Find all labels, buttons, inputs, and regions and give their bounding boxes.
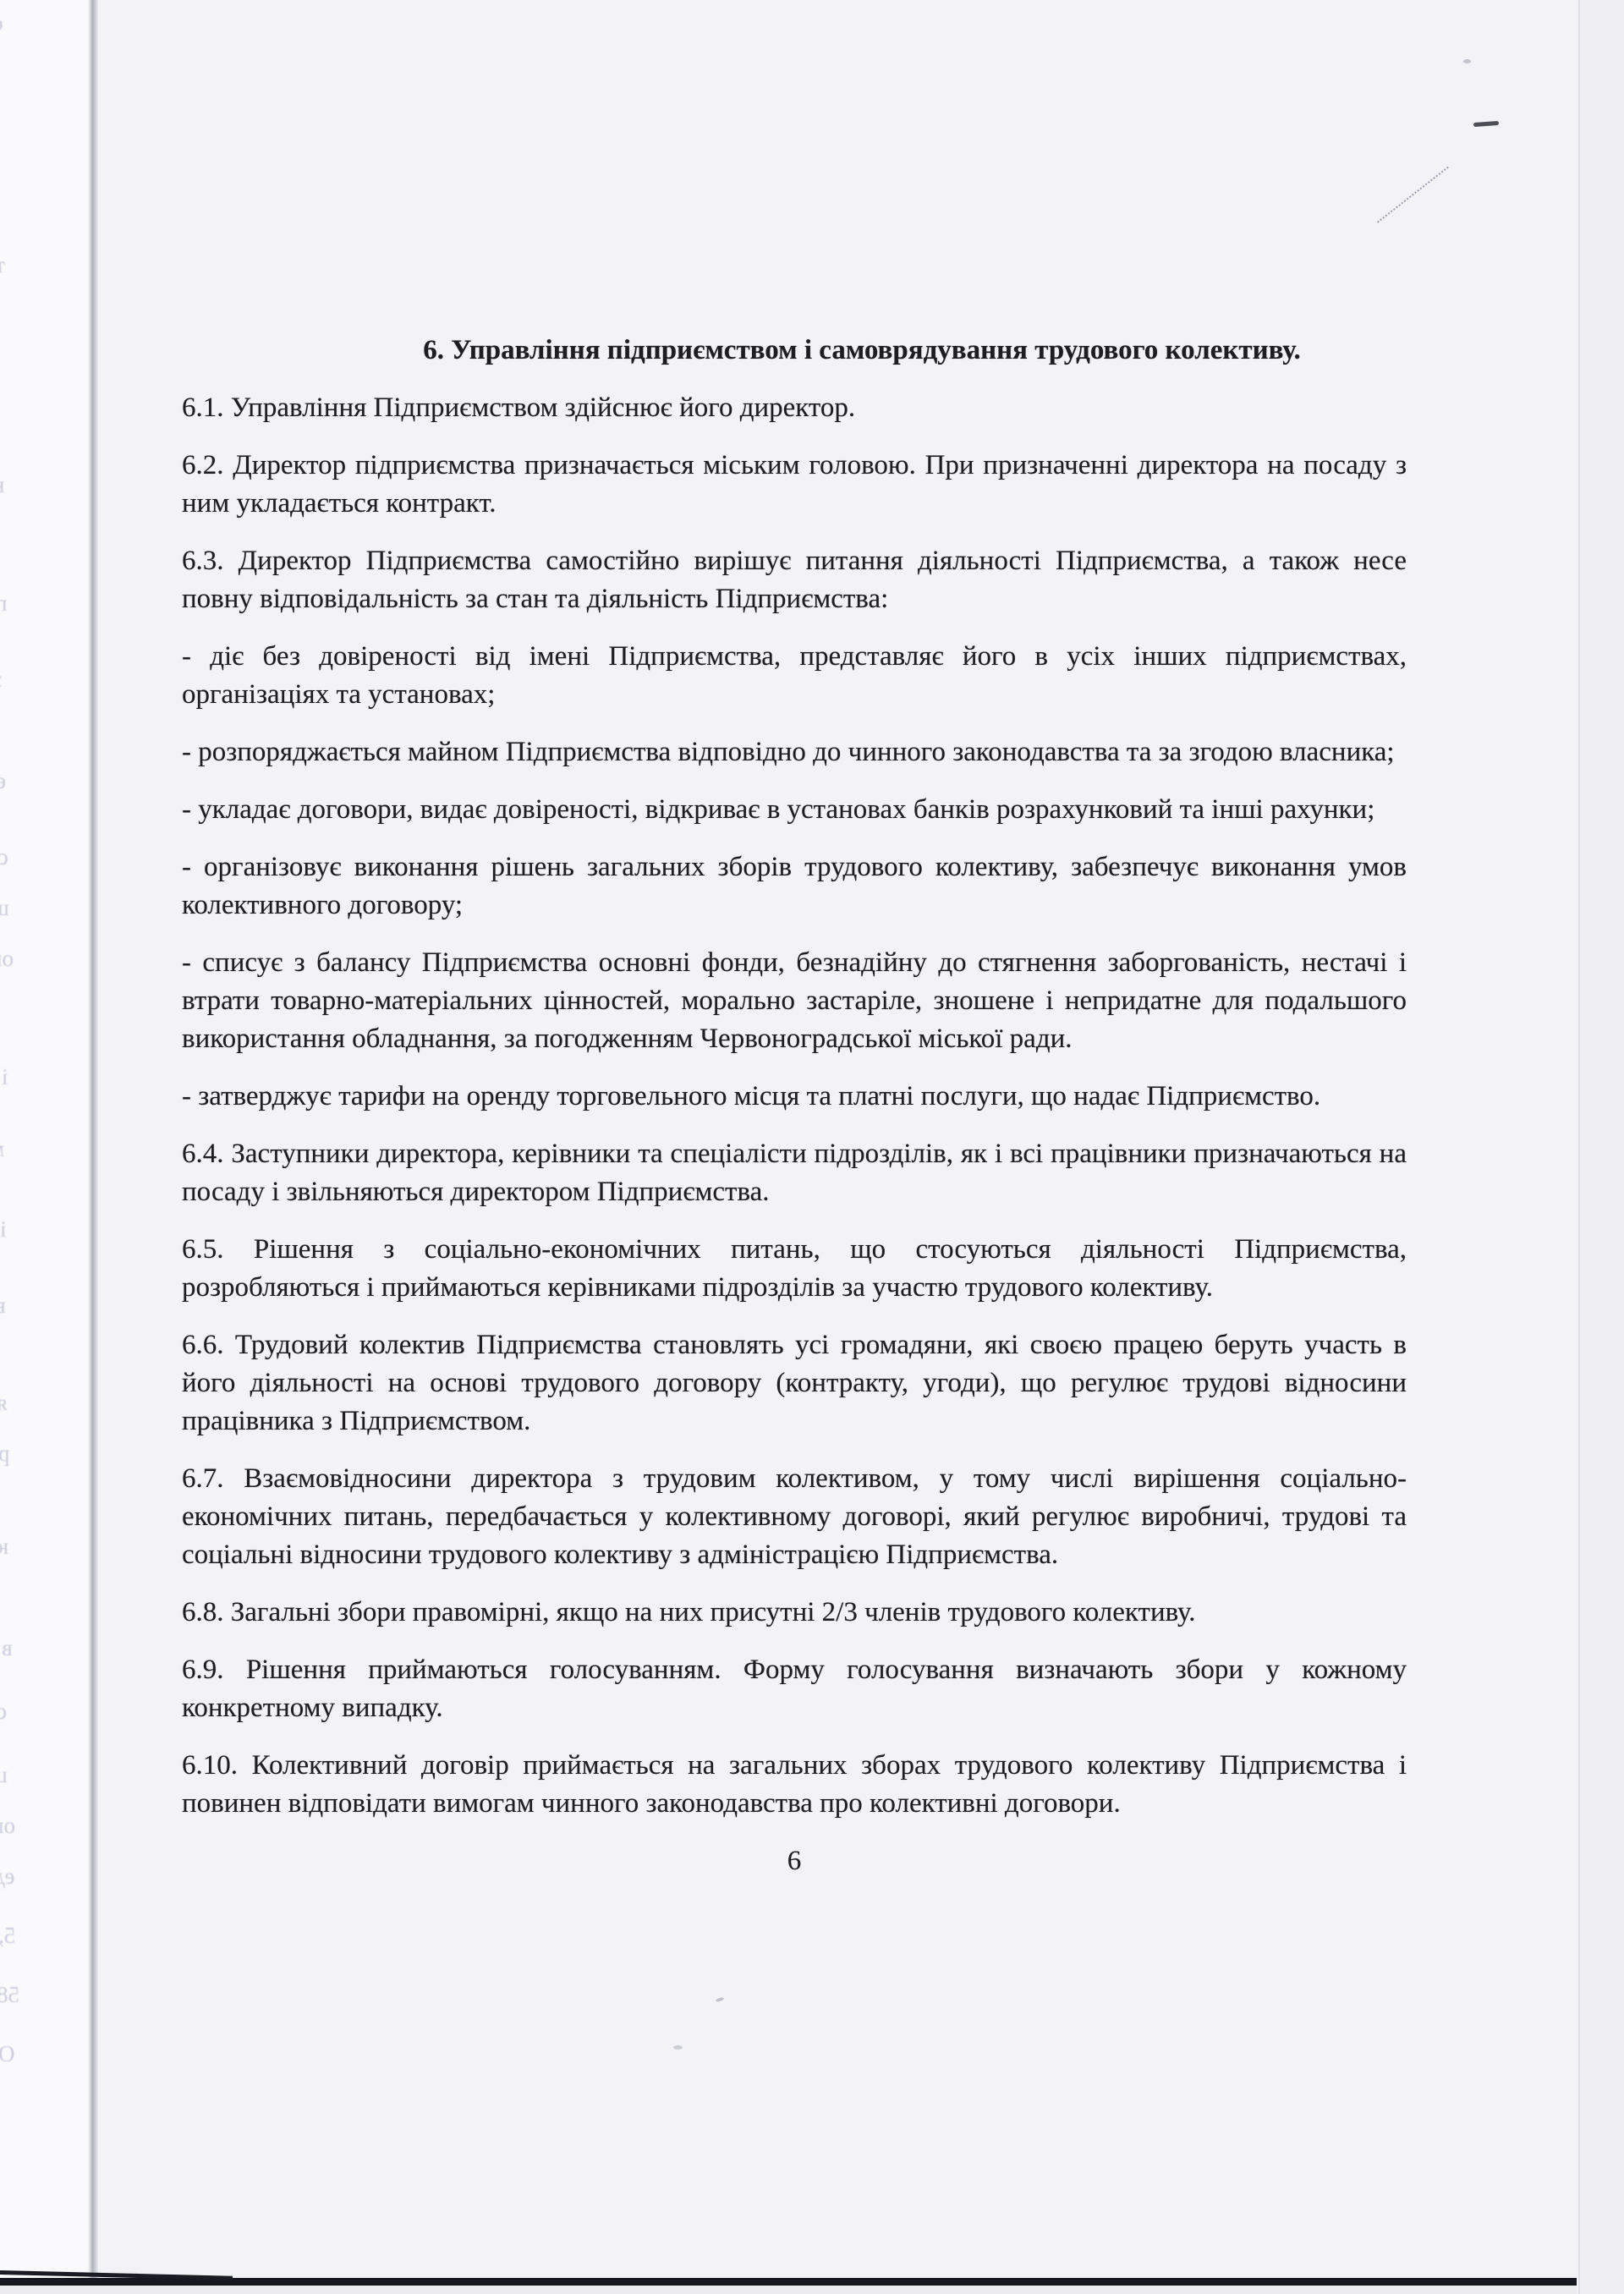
bullet-point-3: - укладає договори, видає довіреності, в…	[182, 791, 1407, 829]
margin-bleed-mark: т	[0, 254, 5, 277]
scanned-document-page: єтьпзестшопімівярювсшопед5,58О 6. Управл…	[0, 0, 1624, 2294]
margin-bleed-mark: ю	[0, 1535, 8, 1558]
paragraph-6-9: 6.9. Рішення приймаються голосуванням. Ф…	[182, 1651, 1407, 1727]
margin-bleed-mark: ш	[0, 1764, 8, 1786]
right-page-edge-strip	[1578, 0, 1624, 2294]
paragraph-6-2: 6.2. Директор підприємства призначається…	[182, 447, 1407, 523]
scan-artifact-speck	[716, 1997, 725, 2003]
bullet-point-2: - розпоряджається майном Підприємства ві…	[182, 733, 1407, 771]
margin-bleed-mark: є	[0, 12, 3, 35]
document-body: 6. Управління підприємством і самоврядув…	[182, 332, 1407, 1900]
margin-bleed-mark: р	[0, 1442, 10, 1465]
margin-bleed-mark: ед	[0, 1865, 14, 1888]
paragraph-6-7: 6.7. Взаємовідносини директора з трудови…	[182, 1460, 1407, 1574]
margin-bleed-mark: оп	[0, 947, 14, 970]
bullet-point-1: - діє без довіреності від імені Підприєм…	[182, 638, 1407, 714]
bullet-point-6: - затверджує тарифи на оренду торговельн…	[182, 1078, 1407, 1116]
scan-artifact-scratch	[1377, 167, 1449, 223]
paragraph-6-10: 6.10. Колективний договір приймається на…	[182, 1747, 1407, 1823]
paragraph-6-6: 6.6. Трудовий колектив Підприємства стан…	[182, 1326, 1407, 1441]
margin-bleed-mark: і	[0, 1218, 7, 1241]
paragraph-6-5: 6.5. Рішення з соціально-економічних пит…	[182, 1231, 1407, 1307]
margin-bleed-mark: в	[0, 1294, 6, 1317]
scan-artifact-speck	[1463, 59, 1471, 63]
page-edge-shadow	[88, 0, 98, 2294]
scan-artifact-speck	[673, 2045, 683, 2050]
bullet-point-4: - організовує виконання рішень загальних…	[182, 848, 1407, 925]
scan-artifact-dash	[1473, 121, 1499, 127]
margin-bleed-mark: е	[0, 770, 6, 793]
margin-bleed-mark: я	[0, 1391, 7, 1414]
margin-bleed-mark: в	[2, 1637, 13, 1660]
left-margin-strip: єтьпзестшопімівярювсшопед5,58О	[0, 0, 91, 2294]
bullet-point-5: - списує з балансу Підприємства основні …	[182, 944, 1407, 1058]
scan-bottom-edge-line	[0, 2278, 1577, 2286]
margin-bleed-mark: і	[2, 1066, 8, 1089]
paragraph-6-8: 6.8. Загальні збори правомірні, якщо на …	[182, 1594, 1407, 1632]
paragraph-6-3: 6.3. Директор Підприємства самостійно ви…	[182, 542, 1407, 618]
margin-bleed-mark: п	[0, 592, 7, 615]
section-title: 6. Управління підприємством і самоврядув…	[182, 332, 1407, 370]
page-number: 6	[182, 1842, 1407, 1880]
margin-bleed-mark: оп	[0, 1814, 15, 1837]
margin-bleed-mark: 58	[0, 1984, 19, 2006]
margin-bleed-mark: м	[0, 1138, 4, 1161]
margin-bleed-mark: з	[0, 668, 3, 691]
margin-bleed-mark: ст	[0, 846, 8, 869]
margin-bleed-mark: ь	[0, 474, 4, 497]
paragraph-6-1: 6.1. Управління Підприємством здійснює й…	[182, 389, 1407, 427]
margin-bleed-mark: с	[0, 1700, 7, 1723]
margin-bleed-mark: О	[0, 2043, 15, 2066]
margin-bleed-mark: ш	[0, 897, 9, 919]
paragraph-6-4: 6.4. Заступники директора, керівники та …	[182, 1135, 1407, 1211]
scan-below-edge-area	[0, 2286, 1577, 2294]
margin-bleed-mark: 5,	[0, 1924, 15, 1947]
